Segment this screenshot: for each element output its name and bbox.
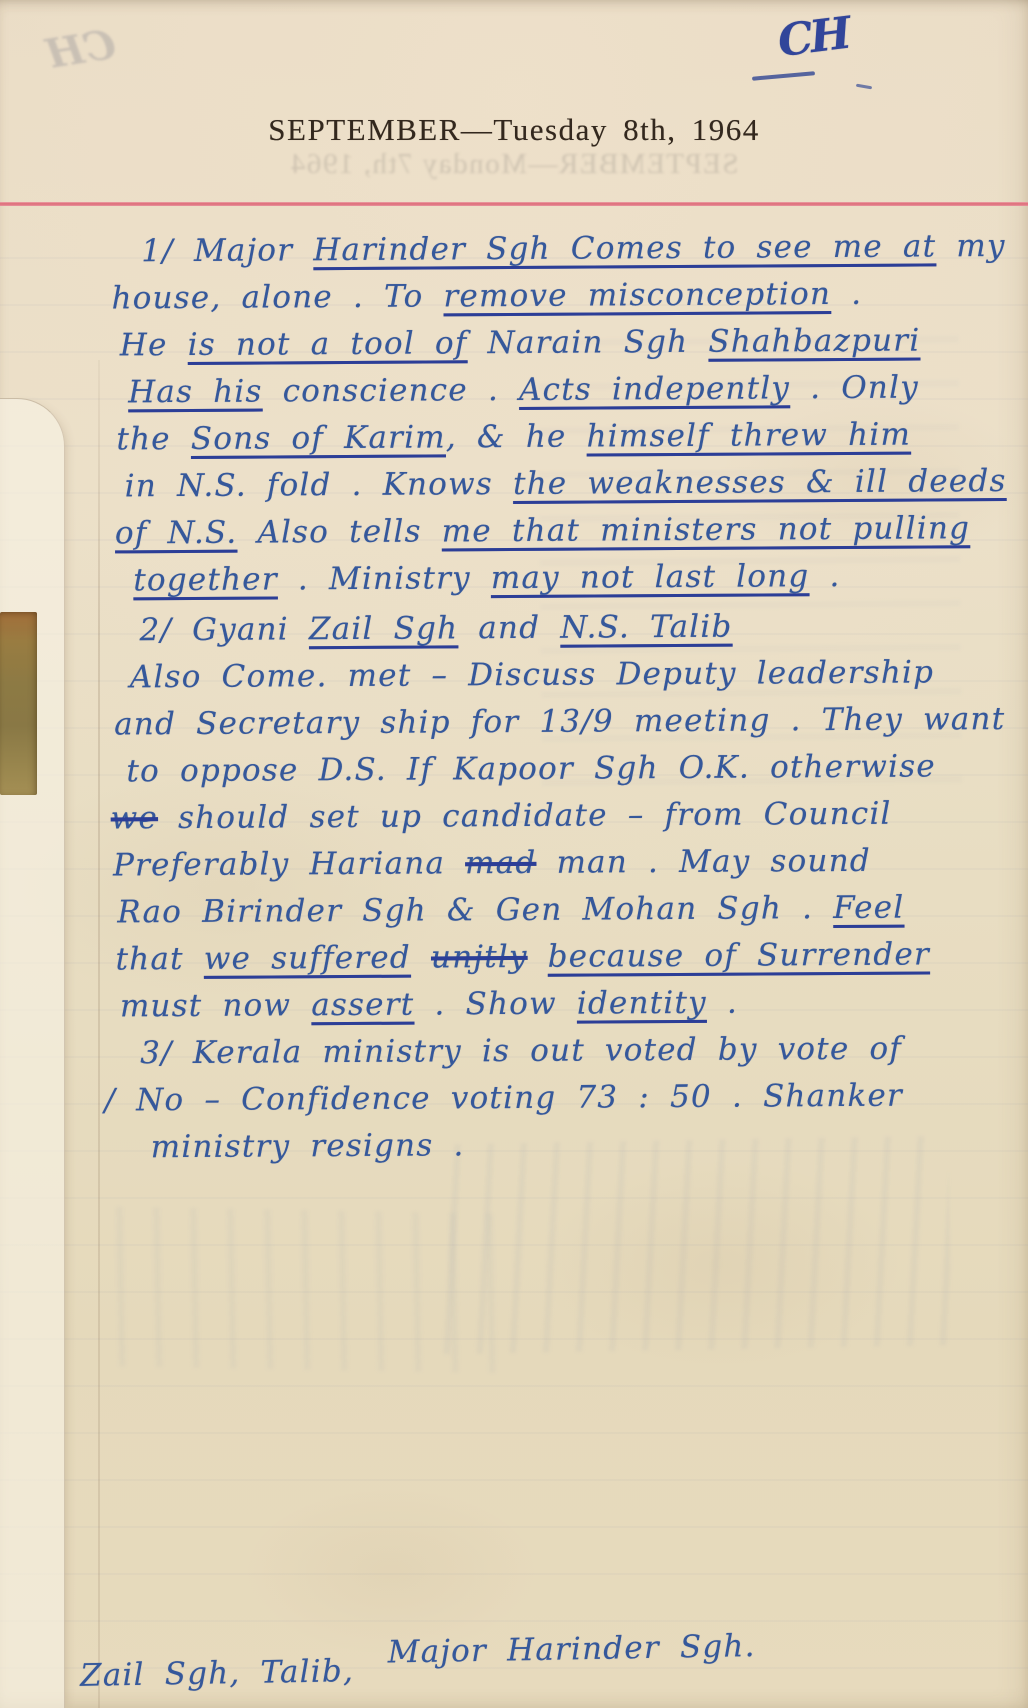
underlined-text: Feel [833,890,904,926]
handwritten-text: / No – Confidence voting 73 : 50 . Shank… [104,1078,903,1119]
diary-line: must now assert . Show identity . [120,978,1028,1031]
underlined-text: identity [577,985,707,1022]
diary-line: Also Come. met – Discuss Deputy leadersh… [130,649,1028,701]
handwritten-monogram: CH [775,8,851,67]
struck-text: we [111,800,159,836]
underlined-text: Shahbazpuri [708,323,920,360]
struck-text: unjtly [431,939,528,976]
underlined-text: N.S. Talib [560,609,732,646]
underlined-text: together [133,561,278,598]
handwritten-text: . [707,985,738,1021]
underlined-text: the weaknesses & ill deeds [513,463,1007,502]
ghost-monogram: CH [43,21,119,78]
handwritten-text [528,939,548,975]
diary-line: the Sons of Karim, & he himself threw hi… [116,411,1026,464]
ink-showthrough [89,1206,522,1373]
handwritten-text [411,940,431,976]
bottom-names-left: Zail Sgh, Talib, [80,1653,355,1694]
handwritten-text: 1/ [141,233,194,269]
handwritten-text: Rao Birinder Sgh & Gen Mohan Sgh . [117,890,833,930]
diary-lines: 1/ Major Harinder Sgh Comes to see me at… [0,223,1028,1172]
handwritten-text: . Ministry [278,560,491,597]
handwritten-text: house, alone . To [111,278,443,316]
underlined-text: is not a tool of [188,325,468,363]
underlined-text: may not last long [491,558,810,596]
handwritten-text: Narain Sgh [467,324,708,361]
handwritten-text: 3/ Kerala ministry is out voted by vote … [140,1031,902,1072]
diary-line: ministry resigns . [151,1119,1028,1171]
diary-line: Preferably Hariana mad man . May sound [113,837,1028,890]
diary-line: / No – Confidence voting 73 : 50 . Shank… [104,1072,1028,1125]
underlined-text: himself threw him [586,417,911,455]
handwritten-text: 2/ Gyani [139,611,309,648]
diary-line: to oppose D.S. If Kapoor Sgh O.K. otherw… [126,743,1028,796]
handwritten-text: Also Come. met – Discuss Deputy leadersh… [130,654,934,695]
diary-line: house, alone . To remove misconception . [111,270,1025,323]
diary-line: in N.S. fold . Knows the weaknesses & il… [125,458,1027,511]
diary-line: that we suffered unjtly because of Surre… [115,931,1028,984]
bottom-names-line: Zail Sgh, Talib, Major Harinder Sgh. [80,1646,756,1694]
handwritten-text: and [458,610,560,647]
handwritten-text: my [936,228,1006,264]
diary-line: and Secretary ship for 13/9 meeting . Th… [114,696,1028,749]
underlined-text: assert [311,987,414,1024]
underlined-text: because of Surrender [548,936,930,974]
diary-page-scan: CH CH SEPTEMBER—Monday 7th, 1964 SEPTEMB… [0,0,1028,1708]
handwritten-text: Major [194,232,314,269]
diary-line: we should set up candidate – from Counci… [111,790,1028,843]
struck-text: mad [465,845,537,881]
monogram-underline-tick [856,84,872,90]
handwritten-text: and Secretary ship for 13/9 meeting . Th… [114,701,1005,742]
handwritten-text: . Only [790,370,919,407]
handwritten-text: , & he [446,419,587,456]
diary-line: of N.S. Also tells me that ministers not… [115,505,1027,558]
underlined-text: Harinder Sgh Comes to see me at [313,228,936,268]
diary-line: Rao Birinder Sgh & Gen Mohan Sgh . Feel [117,884,1028,937]
underlined-text: of N.S. [115,515,238,552]
handwritten-text: man . May sound [536,843,871,881]
handwritten-text: ministry resigns . [151,1127,465,1165]
handwritten-text: that [115,941,203,978]
printed-date-header: SEPTEMBER—Tuesday 8th, 1964 [0,112,1028,148]
underlined-text: Zail Sgh [309,610,459,647]
underlined-text: me that ministers not pulling [442,510,971,549]
underlined-text: Acts indepently [519,370,790,408]
handwritten-text: the [116,421,191,457]
handwritten-text: must now [120,987,312,1024]
underlined-text: Sons of Karim [191,419,446,457]
handwritten-text: He [120,327,188,363]
diary-line: 2/ Gyani Zail Sgh and N.S. Talib [139,602,1027,654]
handwritten-text: conscience . [262,372,519,410]
handwritten-text: Preferably Hariana [113,845,465,883]
diary-line: He is not a tool of Narain Sgh Shahbazpu… [120,317,1026,370]
diary-line: 3/ Kerala ministry is out voted by vote … [140,1025,1028,1077]
handwritten-text: should set up candidate – from Council [158,796,892,836]
header-rule [0,202,1028,206]
handwritten-text: Also tells [237,513,442,550]
handwritten-text: in N.S. fold . Knows [125,466,514,504]
underlined-text: Has his [128,374,263,411]
handwritten-text: . [809,558,840,594]
handwritten-text: . [831,276,862,312]
underlined-text: we suffered [204,940,411,977]
diary-line: together . Ministry may not last long . [133,552,1027,604]
handwritten-text: . Show [414,986,577,1023]
monogram-underline-stroke [752,71,815,80]
ghost-header-showthrough: SEPTEMBER—Monday 7th, 1964 [0,148,1028,181]
diary-line: Has his conscience . Acts indepently . O… [128,364,1026,416]
diary-line: 1/ Major Harinder Sgh Comes to see me at… [141,223,1025,275]
underlined-text: remove misconception [443,276,831,314]
handwritten-text: to oppose D.S. If Kapoor Sgh O.K. otherw… [126,748,936,789]
bottom-names-right: Major Harinder Sgh. [387,1628,756,1670]
